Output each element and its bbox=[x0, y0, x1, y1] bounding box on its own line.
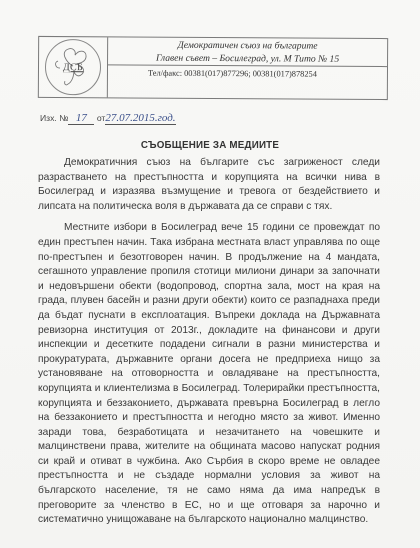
reference-number: 17 bbox=[68, 112, 94, 125]
reference-label: Изх. № bbox=[40, 113, 68, 123]
org-contacts: Тел/факс: 00381(017)877296; 00381(017)87… bbox=[108, 65, 387, 79]
letterhead-org-block: Демократичен съюз на българите Главен съ… bbox=[108, 37, 387, 67]
document-title: СЪОБЩЕНИЕ ЗА МЕДИИТЕ bbox=[0, 140, 420, 151]
letterhead-info: Демократичен съюз на българите Главен съ… bbox=[108, 37, 387, 99]
scanned-document-page: ДСБ Демократичен съюз на българите Главе… bbox=[0, 0, 420, 548]
logo: ДСБ bbox=[45, 39, 101, 95]
document-body: Демократичния съюз на българите със загр… bbox=[38, 156, 380, 535]
org-address: Главен съвет – Босилеград, ул. М Тито № … bbox=[108, 52, 387, 66]
reference-line: Изх. №17 от27.07.2015.год. bbox=[40, 112, 176, 125]
logo-cell: ДСБ bbox=[39, 37, 108, 97]
reference-from-label: от bbox=[97, 113, 106, 123]
paragraph: Демократичния съюз на българите със загр… bbox=[38, 156, 380, 214]
reference-date: 27.07.2015.год. bbox=[105, 112, 175, 125]
paragraph: Местните избори в Босилеград вече 15 год… bbox=[38, 221, 380, 527]
letterhead: ДСБ Демократичен съюз на българите Главе… bbox=[38, 36, 388, 100]
logo-text: ДСБ bbox=[63, 62, 83, 73]
